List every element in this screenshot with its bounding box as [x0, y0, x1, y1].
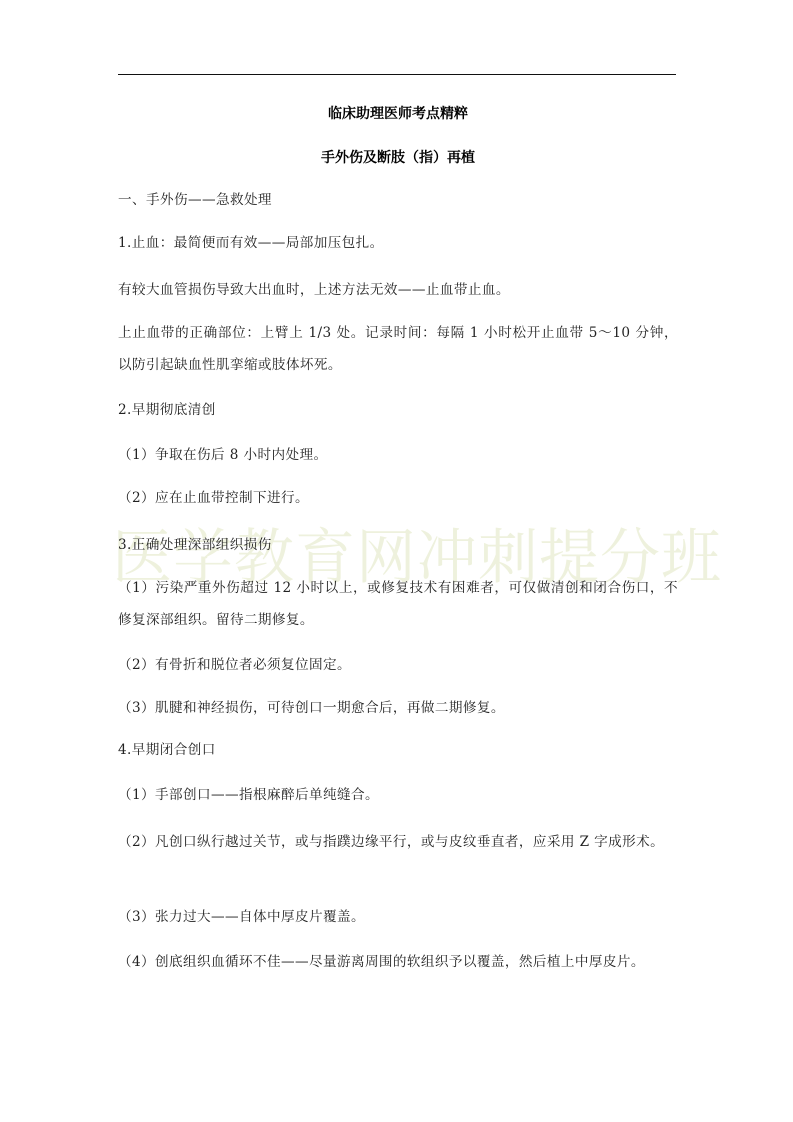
- item-wound-closure-heading: 4.早期闭合创口: [118, 734, 678, 766]
- item-tourniquet: 有较大血管损伤导致大出血时，上述方法无效——止血带止血。: [118, 274, 678, 306]
- document-title: 临床助理医师考点精粹: [118, 104, 678, 124]
- header-rule: [118, 74, 676, 75]
- document-subtitle: 手外伤及断肢（指）再植: [118, 148, 678, 168]
- item-tourniquet-position: 上止血带的正确部位：上臂上 1/3 处。记录时间：每隔 1 小时松开止血带 5～…: [118, 317, 678, 381]
- item-wound-closure-3: （3）张力过大——自体中厚皮片覆盖。: [118, 901, 678, 933]
- item-debridement-heading: 2.早期彻底清创: [118, 394, 678, 426]
- item-deep-tissue-2: （2）有骨折和脱位者必须复位固定。: [118, 649, 678, 681]
- section-heading-first-aid: 一、手外伤——急救处理: [118, 184, 678, 216]
- item-wound-closure-1: （1）手部创口——指根麻醉后单纯缝合。: [118, 779, 678, 811]
- item-deep-tissue-heading: 3.正确处理深部组织损伤: [118, 529, 678, 561]
- item-wound-closure-4: （4）创底组织血循环不佳——尽量游离周围的软组织予以覆盖，然后植上中厚皮片。: [118, 946, 678, 978]
- item-debridement-1: （1）争取在伤后 8 小时内处理。: [118, 439, 678, 471]
- item-debridement-2: （2）应在止血带控制下进行。: [118, 482, 678, 514]
- item-deep-tissue-1: （1）污染严重外伤超过 12 小时以上，或修复技术有困难者，可仅做清创和闭合伤口…: [118, 572, 678, 636]
- item-deep-tissue-3: （3）肌腱和神经损伤，可待创口一期愈合后，再做二期修复。: [118, 692, 678, 724]
- item-hemostasis: 1.止血：最简便而有效——局部加压包扎。: [118, 227, 678, 259]
- item-wound-closure-2: （2）凡创口纵行越过关节，或与指蹼边缘平行，或与皮纹垂直者，应采用 Z 字成形术…: [118, 826, 678, 858]
